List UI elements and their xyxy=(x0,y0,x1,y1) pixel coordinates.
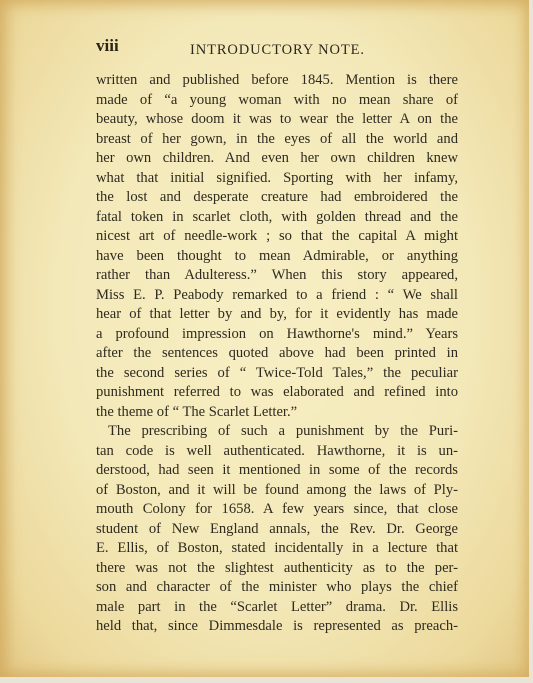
text-line: rather than Adulteress.” When this story… xyxy=(96,266,458,286)
text-line: there was not the slightest authenticity… xyxy=(96,559,458,579)
paragraph-2: The prescribing of such a punishment by … xyxy=(96,422,458,637)
paragraph-1: written and published before 1845. Menti… xyxy=(96,71,458,422)
book-page: viii INTRODUCTORY NOTE. written and publ… xyxy=(0,0,529,677)
text-line: mouth Colony for 1658. A few years since… xyxy=(96,500,458,520)
text-line: after the sentences quoted above had bee… xyxy=(96,344,458,364)
running-title: INTRODUCTORY NOTE. xyxy=(190,42,365,59)
text-line: Miss E. P. Peabody remarked to a friend … xyxy=(96,286,458,306)
text-line: written and published before 1845. Menti… xyxy=(96,71,458,91)
text-line: son and character of the minister who pl… xyxy=(96,578,458,598)
page-header: viii INTRODUCTORY NOTE. xyxy=(96,34,461,58)
text-line: derstood, had seen it mentioned in some … xyxy=(96,461,458,481)
text-line: tan code is well authenticated. Hawthorn… xyxy=(96,442,458,462)
text-line: The prescribing of such a punishment by … xyxy=(96,422,458,442)
text-line: fatal token in scarlet cloth, with golde… xyxy=(96,208,458,228)
text-line: a profound impression on Hawthorne's min… xyxy=(96,325,458,345)
text-line: punishment referred to was elaborated an… xyxy=(96,383,458,403)
text-line: made of “a young woman with no mean shar… xyxy=(96,91,458,111)
text-line: student of New England annals, the Rev. … xyxy=(96,520,458,540)
text-line: held that, since Dimmesdale is represent… xyxy=(96,617,458,637)
text-line: hear of that letter by and by, for it ev… xyxy=(96,305,458,325)
text-line: the lost and desperate creature had embr… xyxy=(96,188,458,208)
text-line: the theme of “ The Scarlet Letter.” xyxy=(96,403,458,423)
text-line: what that initial signified. Sporting wi… xyxy=(96,169,458,189)
text-line: her own children. And even her own child… xyxy=(96,149,458,169)
text-line: beauty, whose doom it was to wear the le… xyxy=(96,110,458,130)
text-line: the second series of “ Twice-Told Tales,… xyxy=(96,364,458,384)
page-number: viii xyxy=(96,36,119,56)
text-line: male part in the “Scarlet Letter” drama.… xyxy=(96,598,458,618)
body-text: written and published before 1845. Menti… xyxy=(96,71,458,637)
text-line: nicest art of needle-work ; so that the … xyxy=(96,227,458,247)
text-line: have been thought to mean Admirable, or … xyxy=(96,247,458,267)
text-line: of Boston, and it will be found among th… xyxy=(96,481,458,501)
text-line: E. Ellis, of Boston, stated incidentally… xyxy=(96,539,458,559)
text-line: breast of her gown, in the eyes of all t… xyxy=(96,130,458,150)
